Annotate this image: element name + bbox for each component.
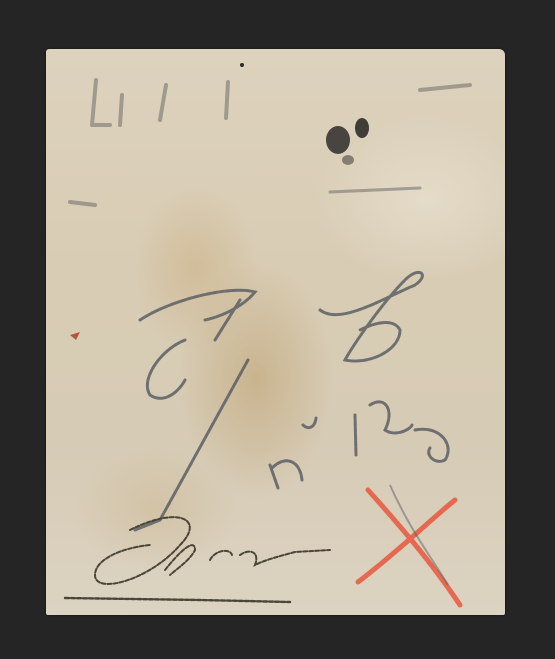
photo-scene: Fb n° 120 Bern X [0,0,555,659]
ink-signature [65,517,330,602]
pencil-annotation [135,272,448,530]
pencil-through-cross [390,485,448,585]
red-fleck [70,332,80,340]
show-through-print [70,80,470,205]
red-cross-mark [358,490,460,605]
stamp-markings [0,0,555,659]
ink-blot [240,63,369,165]
